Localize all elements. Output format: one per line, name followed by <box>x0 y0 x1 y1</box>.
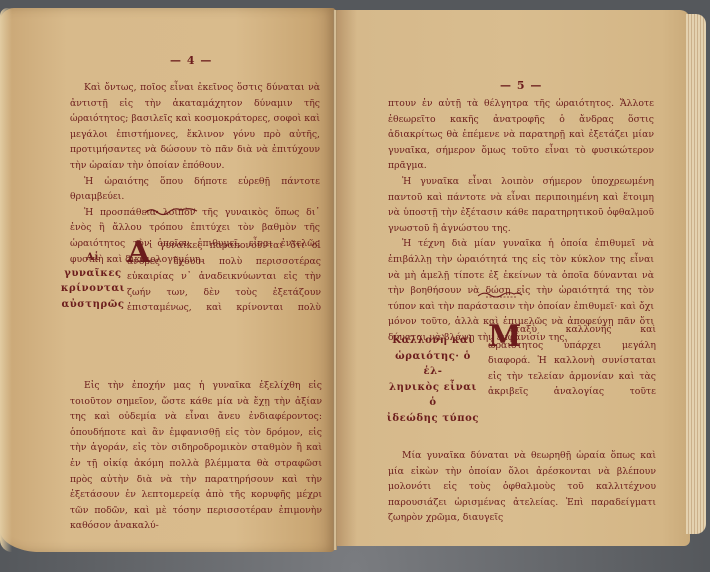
paragraph: Καὶ ὄντως, ποῖος εἶναι ἐκεῖνος ὅστις δύν… <box>70 80 320 174</box>
ornament-icon <box>476 290 524 300</box>
paragraph: πτουν ἐν αὐτῇ τὰ θέλγητρα τῆς ὡραιότητος… <box>388 96 654 174</box>
paragraph: Ἡ γυναῖκα εἶναι λοιπὸν σήμερον ὑποχρεωμέ… <box>388 174 654 236</box>
paragraph: εταξὺ καλλονῆς καὶ ὡραιότητος ὑπάρχει με… <box>488 322 656 400</box>
right-section-text-narrow: εταξὺ καλλονῆς καὶ ὡραιότητος ὑπάρχει με… <box>488 322 656 400</box>
sidehead-line: κρίνονται <box>58 281 128 297</box>
sidehead-line: ὡραιότης· ὁ ἑλ- <box>384 349 482 380</box>
sidehead-line: Καλλονὴ καὶ <box>384 333 482 349</box>
sidehead-left: Αἱ γυναῖκες κρίνονται αὐστηρῶς <box>58 250 128 312</box>
page-number-right: — 5 — <box>500 79 542 92</box>
sidehead-line: Αἱ γυναῖκες <box>58 250 128 281</box>
right-top-text: πτουν ἐν αὐτῇ τὰ θέλγητρα τῆς ὡραιότητος… <box>388 96 654 346</box>
ornament-icon <box>143 205 199 217</box>
page-number-left: — 4 — <box>170 54 212 67</box>
book-spine <box>333 10 337 550</box>
left-section-text-narrow: ἱ γυναῖκες παραπονοῦνται ὅτι οἱ ἄνδρες ἔ… <box>127 238 321 316</box>
sidehead-line: αὐστηρῶς <box>58 297 128 313</box>
paragraph: Εἰς τὴν ἐποχήν μας ἡ γυναῖκα ἐξελίχθη εἰ… <box>70 378 322 534</box>
paragraph-continuation <box>388 400 656 448</box>
paragraph: Ἡ ὡραιότης ὅπου δήποτε εὑρεθῇ πάντοτε θρ… <box>70 174 320 205</box>
right-body-text: Μία γυναῖκα δύναται νὰ θεωρηθῇ ὡραία ὅπω… <box>388 400 656 526</box>
paragraph-continuation <box>70 316 322 378</box>
left-body-text: Εἰς τὴν ἐποχήν μας ἡ γυναῖκα ἐξελίχθη εἰ… <box>70 316 322 534</box>
paragraph: ἱ γυναῖκες παραπονοῦνται ὅτι οἱ ἄνδρες ἔ… <box>127 238 321 316</box>
page-edges <box>686 14 706 534</box>
paragraph: Μία γυναῖκα δύναται νὰ θεωρηθῇ ὡραία ὅπω… <box>388 448 656 526</box>
